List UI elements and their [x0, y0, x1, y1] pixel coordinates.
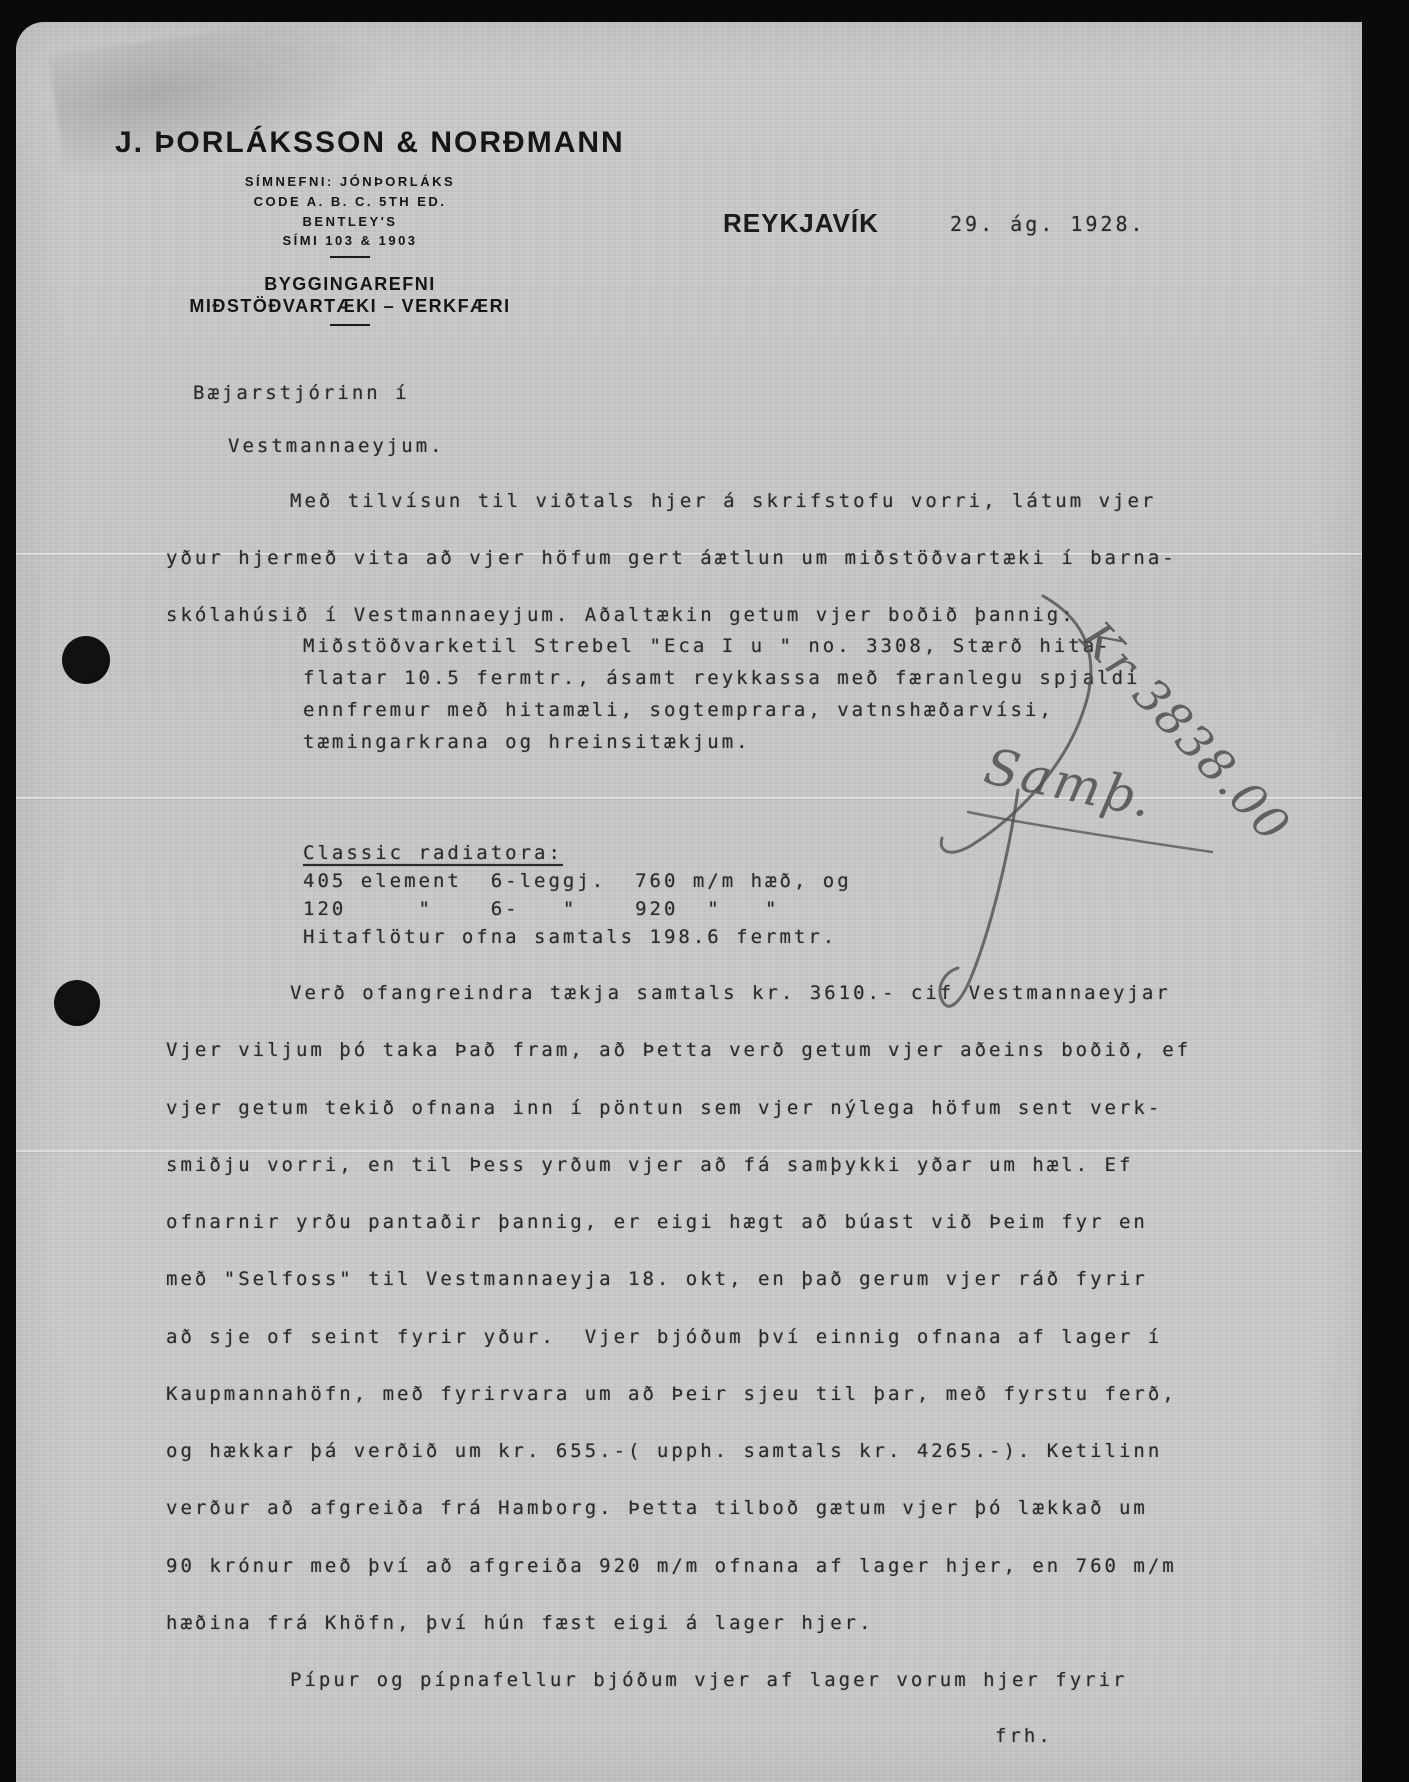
body-line: að sje of seint fyrir yður. Vjer bjóðum …: [166, 1324, 1162, 1350]
body-line: vjer getum tekið ofnana inn í pöntun sem…: [166, 1095, 1162, 1121]
body-line: yður hjermeð vita að vjer höfum gert áæt…: [166, 545, 1177, 571]
scan-background: J. ÞORLÁKSSON & NORÐMANN SÍMNEFNI: JÓNÞO…: [0, 0, 1409, 1782]
radiator-spec-line: 120 " 6- " 920 " ": [303, 896, 780, 922]
letter-paper: J. ÞORLÁKSSON & NORÐMANN SÍMNEFNI: JÓNÞO…: [16, 22, 1362, 1782]
handwritten-approval: Samþ.: [980, 737, 1160, 829]
handwriting-signature-tail: [940, 790, 1018, 1006]
hole-punch-bottom: [54, 980, 100, 1026]
dateline-city: REYKJAVÍK: [723, 208, 879, 239]
recipient-line-1: Bæjarstjórinn í: [193, 380, 410, 406]
letterhead-divider-top: [330, 256, 370, 258]
bentleys-line: BENTLEY'S: [115, 214, 585, 229]
dateline-date: 29. ág. 1928.: [950, 211, 1146, 237]
boiler-spec-line: flatar 10.5 fermtr., ásamt reykkassa með…: [303, 665, 1140, 691]
body-line: ofnarnir yrðu pantaðir þannig, er eigi h…: [166, 1209, 1148, 1235]
phone-line: SÍMI 103 & 1903: [115, 233, 585, 248]
body-line: og hækkar þá verðið um kr. 655.-( upph. …: [166, 1438, 1162, 1464]
boiler-spec-line: Miðstöðvarketil Strebel "Eca I u " no. 3…: [303, 633, 1112, 659]
cable-address-line: SÍMNEFNI: JÓNÞORLÁKS: [115, 174, 585, 189]
radiator-spec-line: Hitaflötur ofna samtals 198.6 fermtr.: [303, 924, 837, 950]
handwriting-underline-stroke: [968, 812, 1212, 852]
business-line-2: MIÐSTÖÐVARTÆKI – VERKFÆRI: [115, 296, 585, 317]
radiator-spec-line: 405 element 6-leggj. 760 m/m hæð, og: [303, 868, 852, 894]
body-line: verður að afgreiða frá Hamborg. Þetta ti…: [166, 1495, 1148, 1521]
code-line: CODE A. B. C. 5TH ED.: [115, 194, 585, 209]
body-line: hæðina frá Khöfn, því hún fæst eigi á la…: [166, 1610, 874, 1636]
fold-crease-middle: [16, 797, 1362, 799]
business-line-1: BYGGINGAREFNI: [115, 274, 585, 295]
boiler-spec-line: tæmingarkrana og hreinsitækjum.: [303, 729, 751, 755]
company-name: J. ÞORLÁKSSON & NORÐMANN: [115, 126, 585, 160]
radiator-heading: Classic radiatora:: [303, 840, 563, 866]
price-line: Verð ofangreindra tækja samtals kr. 3610…: [290, 980, 1171, 1006]
hole-punch-top: [62, 636, 110, 684]
body-line: Kaupmannahöfn, með fyrirvara um að Þeir …: [166, 1381, 1177, 1407]
body-line: Með tilvísun til viðtals hjer á skrifsto…: [290, 488, 1156, 514]
body-line: Vjer viljum þó taka Það fram, að Þetta v…: [166, 1037, 1191, 1063]
body-line: smiðju vorri, en til Þess yrðum vjer að …: [166, 1152, 1133, 1178]
body-line: 90 krónur með því að afgreiða 920 m/m of…: [166, 1553, 1177, 1579]
body-line: skólahúsið í Vestmannaeyjum. Aðaltækin g…: [166, 602, 1076, 628]
boiler-spec-line: ennfremur með hitamæli, sogtemprara, vat…: [303, 697, 1054, 723]
scanned-letter-page: { "letterhead": { "company": "J. ÞORLÁKS…: [0, 0, 1409, 1782]
letterhead-divider-bottom: [330, 324, 370, 326]
recipient-line-2: Vestmannaeyjum.: [228, 433, 445, 459]
body-line: með "Selfoss" til Vestmannaeyja 18. okt,…: [166, 1266, 1148, 1292]
body-line: Pípur og pípnafellur bjóðum vjer af lage…: [290, 1667, 1127, 1693]
continued-marker: frh.: [995, 1723, 1053, 1749]
